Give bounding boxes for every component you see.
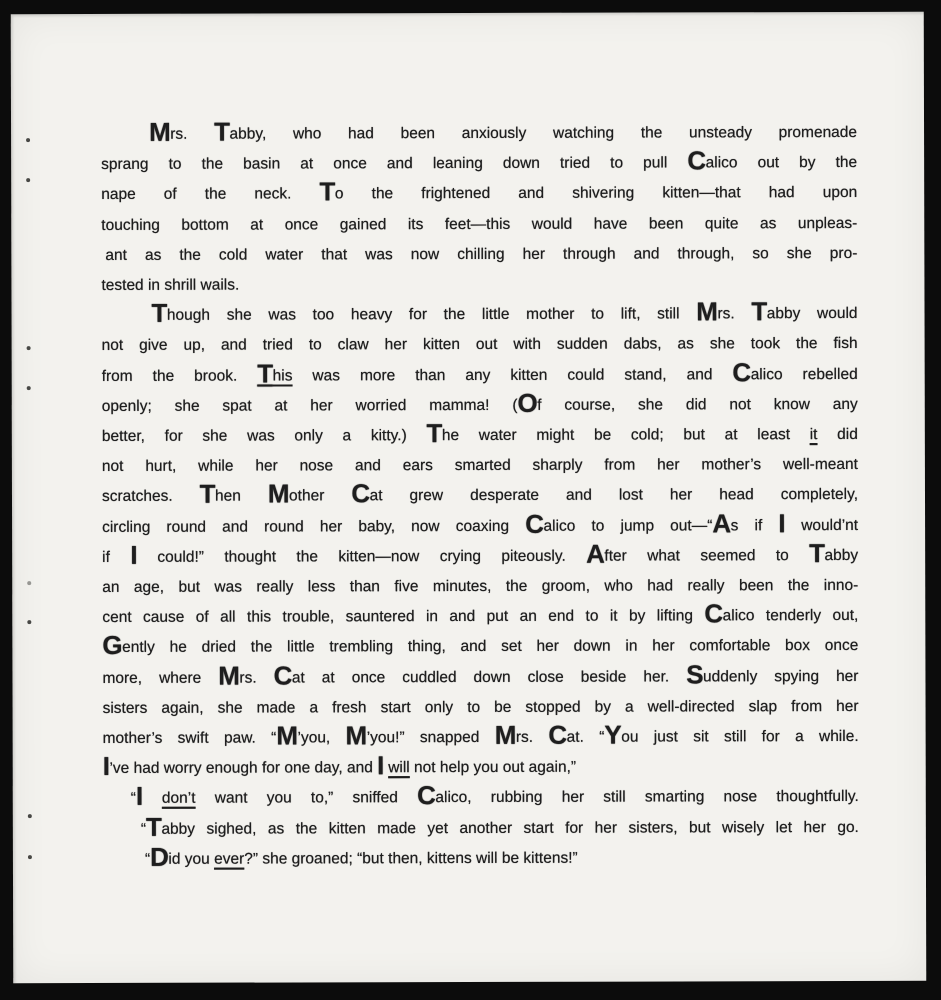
ornamental-capital: O xyxy=(517,388,537,418)
ornamental-capital: M xyxy=(276,721,297,751)
ornamental-capital: I xyxy=(377,750,384,780)
ornamental-capital: I xyxy=(136,781,143,811)
text-line: an age, but was really less than five mi… xyxy=(102,571,858,603)
text-line: tested in shrill wails. xyxy=(101,269,857,301)
ornamental-capital: D xyxy=(150,842,168,872)
text-line: mother’s swift paw. “M’you, M’you!” snap… xyxy=(103,722,859,754)
underlined-word: it xyxy=(810,426,818,443)
text-line: sisters again, she made a fresh start on… xyxy=(103,692,859,724)
text-line: Gently he dried the little trembling thi… xyxy=(102,631,858,663)
text-line: cent cause of all this trouble, sauntere… xyxy=(102,601,858,633)
stitch-hole xyxy=(28,855,32,859)
ornamental-capital: T xyxy=(257,358,272,388)
text-line: better, for she was only a kitty.) The w… xyxy=(102,420,858,452)
text-line: sprang to the basin at once and leaning … xyxy=(101,148,857,180)
text-line: ant as the cold water that was now chill… xyxy=(101,239,857,271)
ornamental-capital: A xyxy=(586,538,604,568)
ornamental-capital: C xyxy=(704,599,722,629)
ornamental-capital: M xyxy=(268,479,289,509)
text-line: “Tabby sighed, as the kitten made yet an… xyxy=(103,813,859,845)
ornamental-capital: C xyxy=(417,781,435,811)
text-line: Mrs. Tabby, who had been anxiously watch… xyxy=(101,118,857,150)
ornamental-capital: T xyxy=(151,298,166,328)
underlined-word: ever xyxy=(214,850,244,867)
text-line: openly; she spat at her worried mamma! (… xyxy=(102,390,858,422)
stitch-hole xyxy=(26,138,30,142)
stitch-hole xyxy=(27,581,31,585)
ornamental-capital: C xyxy=(525,508,543,538)
ornamental-capital: M xyxy=(149,117,170,147)
page-text: Mrs. Tabby, who had been anxiously watch… xyxy=(101,118,859,875)
ornamental-capital: C xyxy=(732,357,750,387)
underlined-word: don’t xyxy=(162,790,196,807)
ornamental-capital: T xyxy=(751,296,766,326)
stitch-hole xyxy=(27,346,31,350)
ornamental-capital: M xyxy=(345,720,366,750)
stitch-hole xyxy=(26,178,30,182)
ornamental-capital: Y xyxy=(604,720,621,750)
paper-page: Mrs. Tabby, who had been anxiously watch… xyxy=(11,12,927,983)
text-line: “Did you ever?” she groaned; “but then, … xyxy=(103,843,859,875)
underlined-word: This xyxy=(257,367,292,384)
text-line: I’ve had worry enough for one day, and I… xyxy=(103,752,859,784)
text-line: Though she was too heavy for the little … xyxy=(101,299,857,331)
ornamental-capital: M xyxy=(696,297,717,327)
text-line: more, where Mrs. Cat at once cuddled dow… xyxy=(102,662,858,694)
ornamental-capital: T xyxy=(319,177,334,207)
ornamental-capital: M xyxy=(495,720,516,750)
text-line: touching bottom at once gained its feet—… xyxy=(101,209,857,241)
text-line: not hurt, while her nose and ears smarte… xyxy=(102,450,858,482)
ornamental-capital: T xyxy=(214,117,229,147)
text-line: circling round and round her baby, now c… xyxy=(102,511,858,543)
ornamental-capital: T xyxy=(426,418,441,448)
text-line: from the brook. This was more than any k… xyxy=(102,360,858,392)
stitch-hole xyxy=(28,814,32,818)
stitch-hole xyxy=(27,386,31,390)
ornamental-capital: T xyxy=(809,538,824,568)
ornamental-capital: I xyxy=(778,508,785,538)
ornamental-capital: A xyxy=(712,508,730,538)
ornamental-capital: M xyxy=(218,660,239,690)
ornamental-capital: I xyxy=(130,540,137,570)
text-line: nape of the neck. To the frightened and … xyxy=(101,178,857,210)
ornamental-capital: C xyxy=(687,146,705,176)
ornamental-capital: S xyxy=(686,659,703,689)
ornamental-capital: C xyxy=(548,720,566,750)
ornamental-capital: T xyxy=(200,479,215,509)
ornamental-capital: C xyxy=(351,479,369,509)
ornamental-capital: I xyxy=(103,751,110,781)
ornamental-capital: G xyxy=(102,630,122,660)
text-line: scratches. Then Mother Cat grew desperat… xyxy=(102,480,858,512)
text-line: “I don’t want you to,” sniffed Calico, r… xyxy=(103,782,859,814)
underlined-word: will xyxy=(388,759,410,776)
stitch-hole xyxy=(27,620,31,624)
ornamental-capital: C xyxy=(274,660,292,690)
ornamental-capital: T xyxy=(146,811,161,841)
scanned-book-page: Mrs. Tabby, who had been anxiously watch… xyxy=(0,0,941,1000)
text-line: if I could!” thought the kitten—now cryi… xyxy=(102,541,858,573)
